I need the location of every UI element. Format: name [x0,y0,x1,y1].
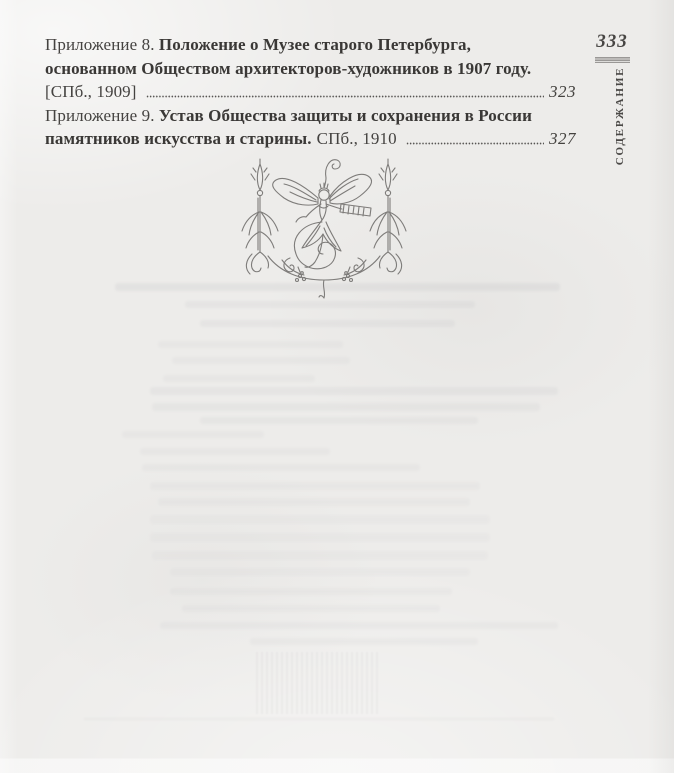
toc-entry-label: Приложение 9. [45,106,155,125]
ghost-showthrough-line [182,605,440,612]
ghost-showthrough-line [163,375,315,382]
toc-block: Приложение 8. Положение о Музее старого … [45,33,576,151]
running-title-block: СОДЕРЖАНИЕ [612,66,628,166]
toc-entry-title: памятников искусства и старины. [45,127,312,151]
ghost-showthrough-line [158,498,470,506]
ghost-showthrough-line [200,320,455,327]
ghost-barcode [256,652,380,714]
toc-entry-title: Устав Общества защиты и сохранения в Рос… [159,106,532,125]
ghost-showthrough-line [170,568,470,576]
ghost-showthrough-line [170,588,452,595]
toc-entry-9-leader-line: памятников искусства и старины. СПб., 19… [45,127,576,151]
ghost-showthrough-line [150,482,480,490]
toc-entry-9-line-1: Приложение 9. Устав Общества защиты и со… [45,104,576,128]
toc-entry-8-line-2: основанном Обществом архитекторов-художн… [45,57,576,81]
page-number-rule [595,57,630,63]
toc-entry-page-number: 323 [549,80,576,104]
ghost-showthrough-line [172,357,350,364]
ghost-showthrough-line [250,638,478,645]
ghost-showthrough-line [152,551,488,560]
ghost-page-edge [84,718,554,720]
page-number: 333 [594,31,630,53]
ghost-showthrough-line [158,341,343,348]
toc-entry-imprint: [СПб., 1909] [45,80,137,104]
ghost-showthrough-line [150,515,490,524]
toc-entry-8-line-1: Приложение 8. Положение о Музее старого … [45,33,576,57]
running-title-vertical: СОДЕРЖАНИЕ [614,67,626,165]
ghost-showthrough-line [140,448,330,455]
toc-entry-8-leader-line: [СПб., 1909] 323 [45,80,576,104]
winged-figure-ornament-vignette [238,152,410,302]
ghost-showthrough-line [150,387,558,395]
toc-entry-page-number: 327 [549,127,576,151]
toc-entry-label: Приложение 8. [45,35,155,54]
ghost-showthrough-line [160,622,558,629]
ghost-showthrough-line [122,431,264,438]
ghost-showthrough-line [142,464,420,471]
dotted-leader [146,80,544,104]
ghost-showthrough-line [200,417,478,424]
dotted-leader [406,127,544,151]
ghost-showthrough-line [152,403,540,411]
toc-entry-title: Положение о Музее старого Петербурга, [159,35,471,54]
toc-entry-imprint: СПб., 1910 [317,127,397,151]
ghost-showthrough-line [185,301,475,308]
ghost-showthrough-line [150,533,490,542]
scanned-book-page: 333 СОДЕРЖАНИЕ Приложение 8. Положение о… [0,0,674,773]
